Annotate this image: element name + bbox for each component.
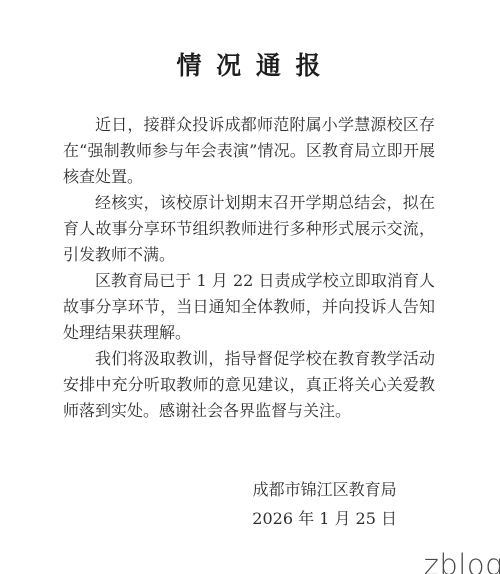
signature-organization: 成都市锦江区教育局 xyxy=(252,477,397,503)
notice-document: 情 况 通 报 近日，接群众投诉成都师范附属小学慧源校区存在“强制教师参与年会表… xyxy=(0,0,500,574)
signature-date: 2026 年 1 月 25 日 xyxy=(252,506,397,532)
notice-title: 情 况 通 报 xyxy=(0,46,500,82)
notice-paragraph-4: 我们将汲取教训，指导督促学校在教育教学活动安排中充分听取教师的意见建议，真正将关… xyxy=(63,346,435,424)
notice-paragraph-2: 经核实，该校原计划期末召开学期总结会，拟在育人故事分享环节组织教师进行多种形式展… xyxy=(63,190,435,268)
notice-paragraph-1: 近日，接群众投诉成都师范附属小学慧源校区存在“强制教师参与年会表演”情况。区教育… xyxy=(63,112,435,190)
notice-body: 近日，接群众投诉成都师范附属小学慧源校区存在“强制教师参与年会表演”情况。区教育… xyxy=(63,112,435,424)
watermark-text: zblog xyxy=(424,548,500,574)
signature-block: 成都市锦江区教育局 2026 年 1 月 25 日 xyxy=(252,477,397,532)
notice-paragraph-3: 区教育局已于 1 月 22 日责成学校立即取消育人故事分享环节，当日通知全体教师… xyxy=(63,268,435,346)
